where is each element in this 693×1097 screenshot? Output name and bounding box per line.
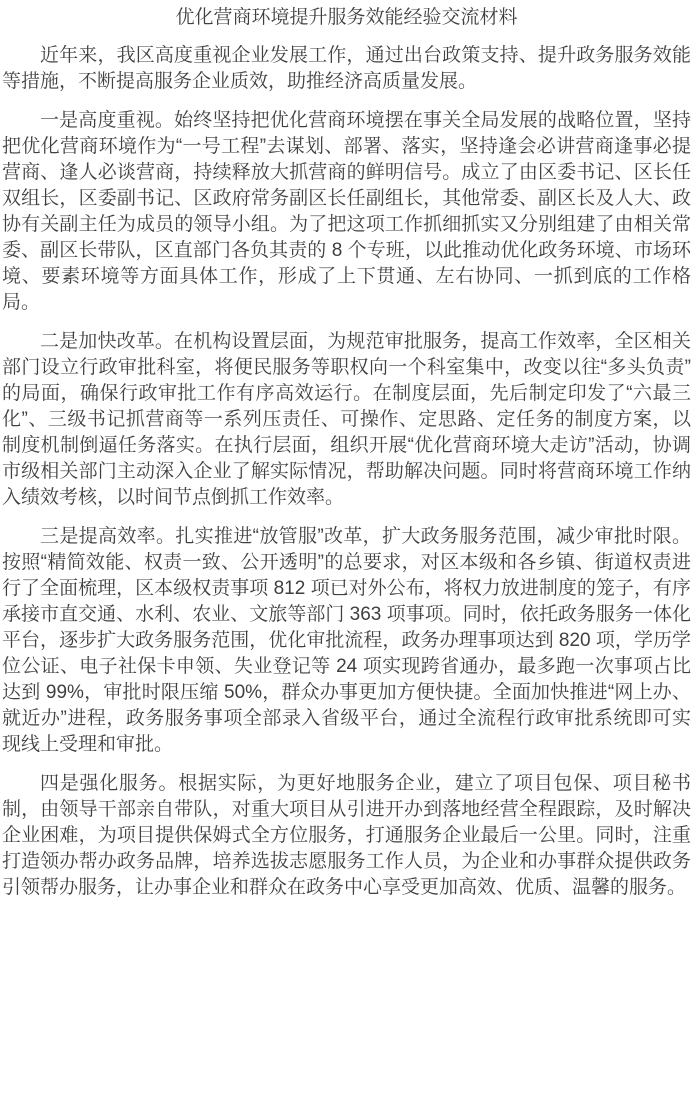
document-title: 优化营商环境提升服务效能经验交流材料: [2, 5, 691, 31]
paragraph-section-1-attach-importance: 一是高度重视。始终坚持把优化营商环境摆在事关全局发展的战略位置，坚持把优化营商环…: [2, 108, 691, 316]
document-page: 优化营商环境提升服务效能经验交流材料 近年来，我区高度重视企业发展工作，通过出台…: [0, 0, 693, 901]
paragraph-section-4-strengthen-service: 四是强化服务。根据实际，为更好地服务企业，建立了项目包保、项目秘书制，由领导干部…: [2, 771, 691, 901]
paragraph-section-2-speed-up-reform: 二是加快改革。在机构设置层面，为规范审批服务，提高工作效率，全区相关部门设立行政…: [2, 329, 691, 511]
paragraph-intro: 近年来，我区高度重视企业发展工作，通过出台政策支持、提升政务服务效能等措施，不断…: [2, 43, 691, 95]
paragraph-section-3-improve-efficiency: 三是提高效率。扎实推进“放管服”改革，扩大政务服务范围，减少审批时限。按照“精简…: [2, 524, 691, 758]
